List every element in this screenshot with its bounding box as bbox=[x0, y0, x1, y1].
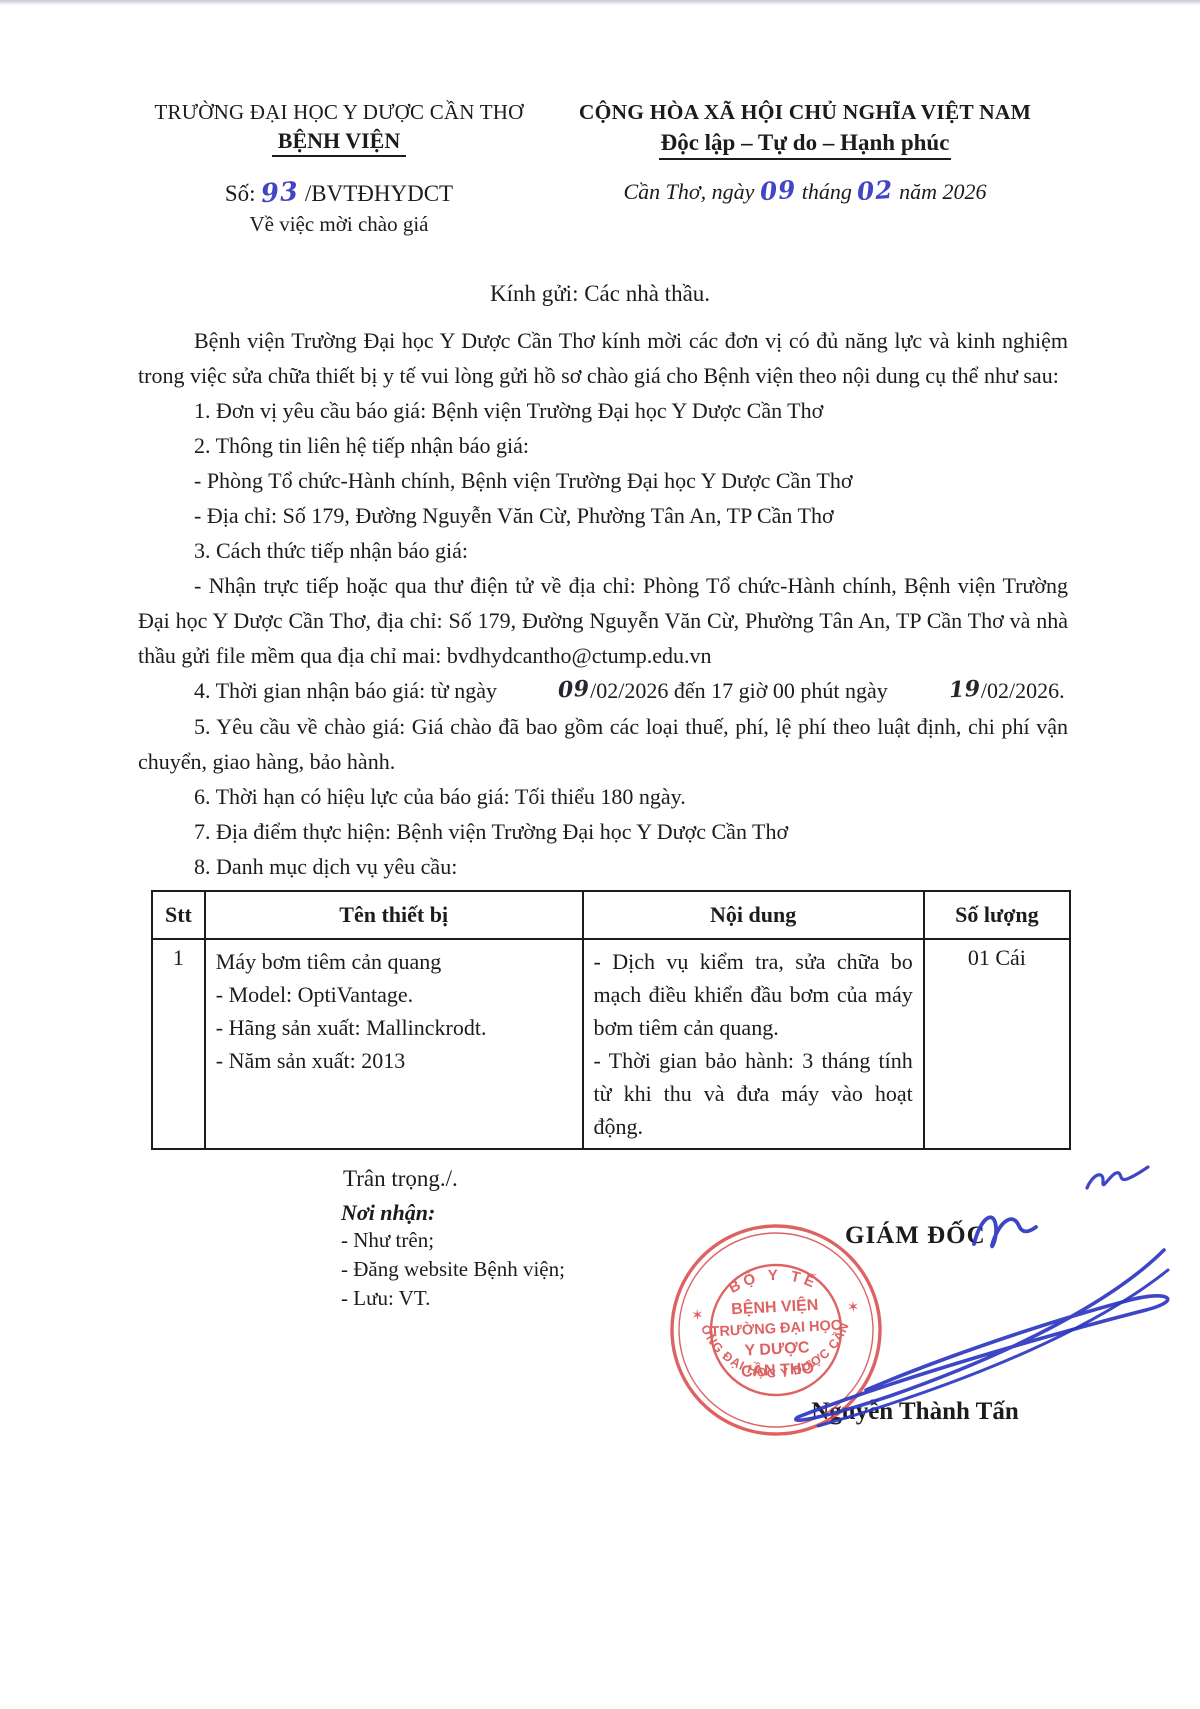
place-date-line: Cần Thơ, ngày 09 tháng 02 năm 2026 bbox=[540, 176, 1070, 205]
cell-device: Máy bơm tiêm cản quang - Model: OptiVant… bbox=[205, 939, 583, 1149]
handwritten-document-number: 93 bbox=[260, 177, 300, 210]
item-1: 1. Đơn vị yêu cầu báo giá: Bệnh viện Trư… bbox=[138, 393, 1068, 428]
intro-paragraph: Bệnh viện Trường Đại học Y Dược Cần Thơ … bbox=[138, 323, 1068, 393]
cell-stt: 1 bbox=[152, 939, 205, 1149]
col-header-qty: Số lượng bbox=[924, 891, 1070, 939]
col-header-device: Tên thiết bị bbox=[205, 891, 583, 939]
item-3-detail: - Nhận trực tiếp hoặc qua thư điện tử về… bbox=[138, 568, 1068, 673]
handwritten-end-day: 19 bbox=[892, 672, 981, 712]
item-4: 4. Thời gian nhận báo giá: từ ngày 09/02… bbox=[138, 673, 1068, 709]
document-subject: Về việc mời chào giá bbox=[138, 212, 540, 237]
item-2-contact: - Phòng Tổ chức-Hành chính, Bệnh viện Tr… bbox=[138, 463, 1068, 498]
table-header-row: Stt Tên thiết bị Nội dung Số lượng bbox=[152, 891, 1070, 939]
col-header-stt: Stt bbox=[152, 891, 205, 939]
salutation: Kính gửi: Các nhà thầu. bbox=[0, 281, 1200, 307]
handwritten-month: 02 bbox=[856, 175, 894, 206]
item-2-address: - Địa chỉ: Số 179, Đường Nguyễn Văn Cừ, … bbox=[138, 498, 1068, 533]
org-parent-name: TRƯỜNG ĐẠI HỌC Y DƯỢC CẦN THƠ bbox=[138, 100, 540, 125]
national-motto-line2: Độc lập – Tự do – Hạnh phúc bbox=[540, 130, 1070, 156]
handwritten-start-day: 09 bbox=[502, 672, 591, 712]
item-2: 2. Thông tin liên hệ tiếp nhận báo giá: bbox=[138, 428, 1068, 463]
signature-initials-mark bbox=[1087, 1167, 1148, 1188]
org-name: BỆNH VIỆN bbox=[138, 128, 540, 154]
cell-content: - Dịch vụ kiểm tra, sửa chữa bo mạch điề… bbox=[583, 939, 924, 1149]
document-header: TRƯỜNG ĐẠI HỌC Y DƯỢC CẦN THƠ BỆNH VIỆN … bbox=[0, 0, 1200, 237]
national-motto-line1: CỘNG HÒA XÃ HỘI CHỦ NGHĨA VIỆT NAM bbox=[540, 100, 1070, 125]
table-row: 1 Máy bơm tiêm cản quang - Model: OptiVa… bbox=[152, 939, 1070, 1149]
issuing-org-block: TRƯỜNG ĐẠI HỌC Y DƯỢC CẦN THƠ BỆNH VIỆN … bbox=[138, 100, 540, 237]
col-header-content: Nội dung bbox=[583, 891, 924, 939]
item-3: 3. Cách thức tiếp nhận báo giá: bbox=[138, 533, 1068, 568]
service-request-table: Stt Tên thiết bị Nội dung Số lượng 1 Máy… bbox=[151, 890, 1071, 1150]
cell-qty: 01 Cái bbox=[924, 939, 1070, 1149]
document-number-line: Số: 93 /BVTĐHYDCT bbox=[138, 178, 540, 208]
signature-tick bbox=[974, 1217, 1036, 1246]
director-signature-ink bbox=[628, 1148, 1193, 1448]
handwritten-day: 09 bbox=[759, 175, 797, 206]
scanned-official-letter: TRƯỜNG ĐẠI HỌC Y DƯỢC CẦN THƠ BỆNH VIỆN … bbox=[0, 0, 1200, 1709]
item-5: 5. Yêu cầu về chào giá: Giá chào đã bao … bbox=[138, 709, 1068, 779]
item-7: 7. Địa điểm thực hiện: Bệnh viện Trường … bbox=[138, 814, 1068, 849]
national-header-block: CỘNG HÒA XÃ HỘI CHỦ NGHĨA VIỆT NAM Độc l… bbox=[540, 100, 1070, 237]
signature-flourish bbox=[796, 1250, 1168, 1420]
scan-top-edge bbox=[0, 0, 1200, 5]
item-8: 8. Danh mục dịch vụ yêu cầu: bbox=[138, 849, 1068, 884]
item-6: 6. Thời hạn có hiệu lực của báo giá: Tối… bbox=[138, 779, 1068, 814]
